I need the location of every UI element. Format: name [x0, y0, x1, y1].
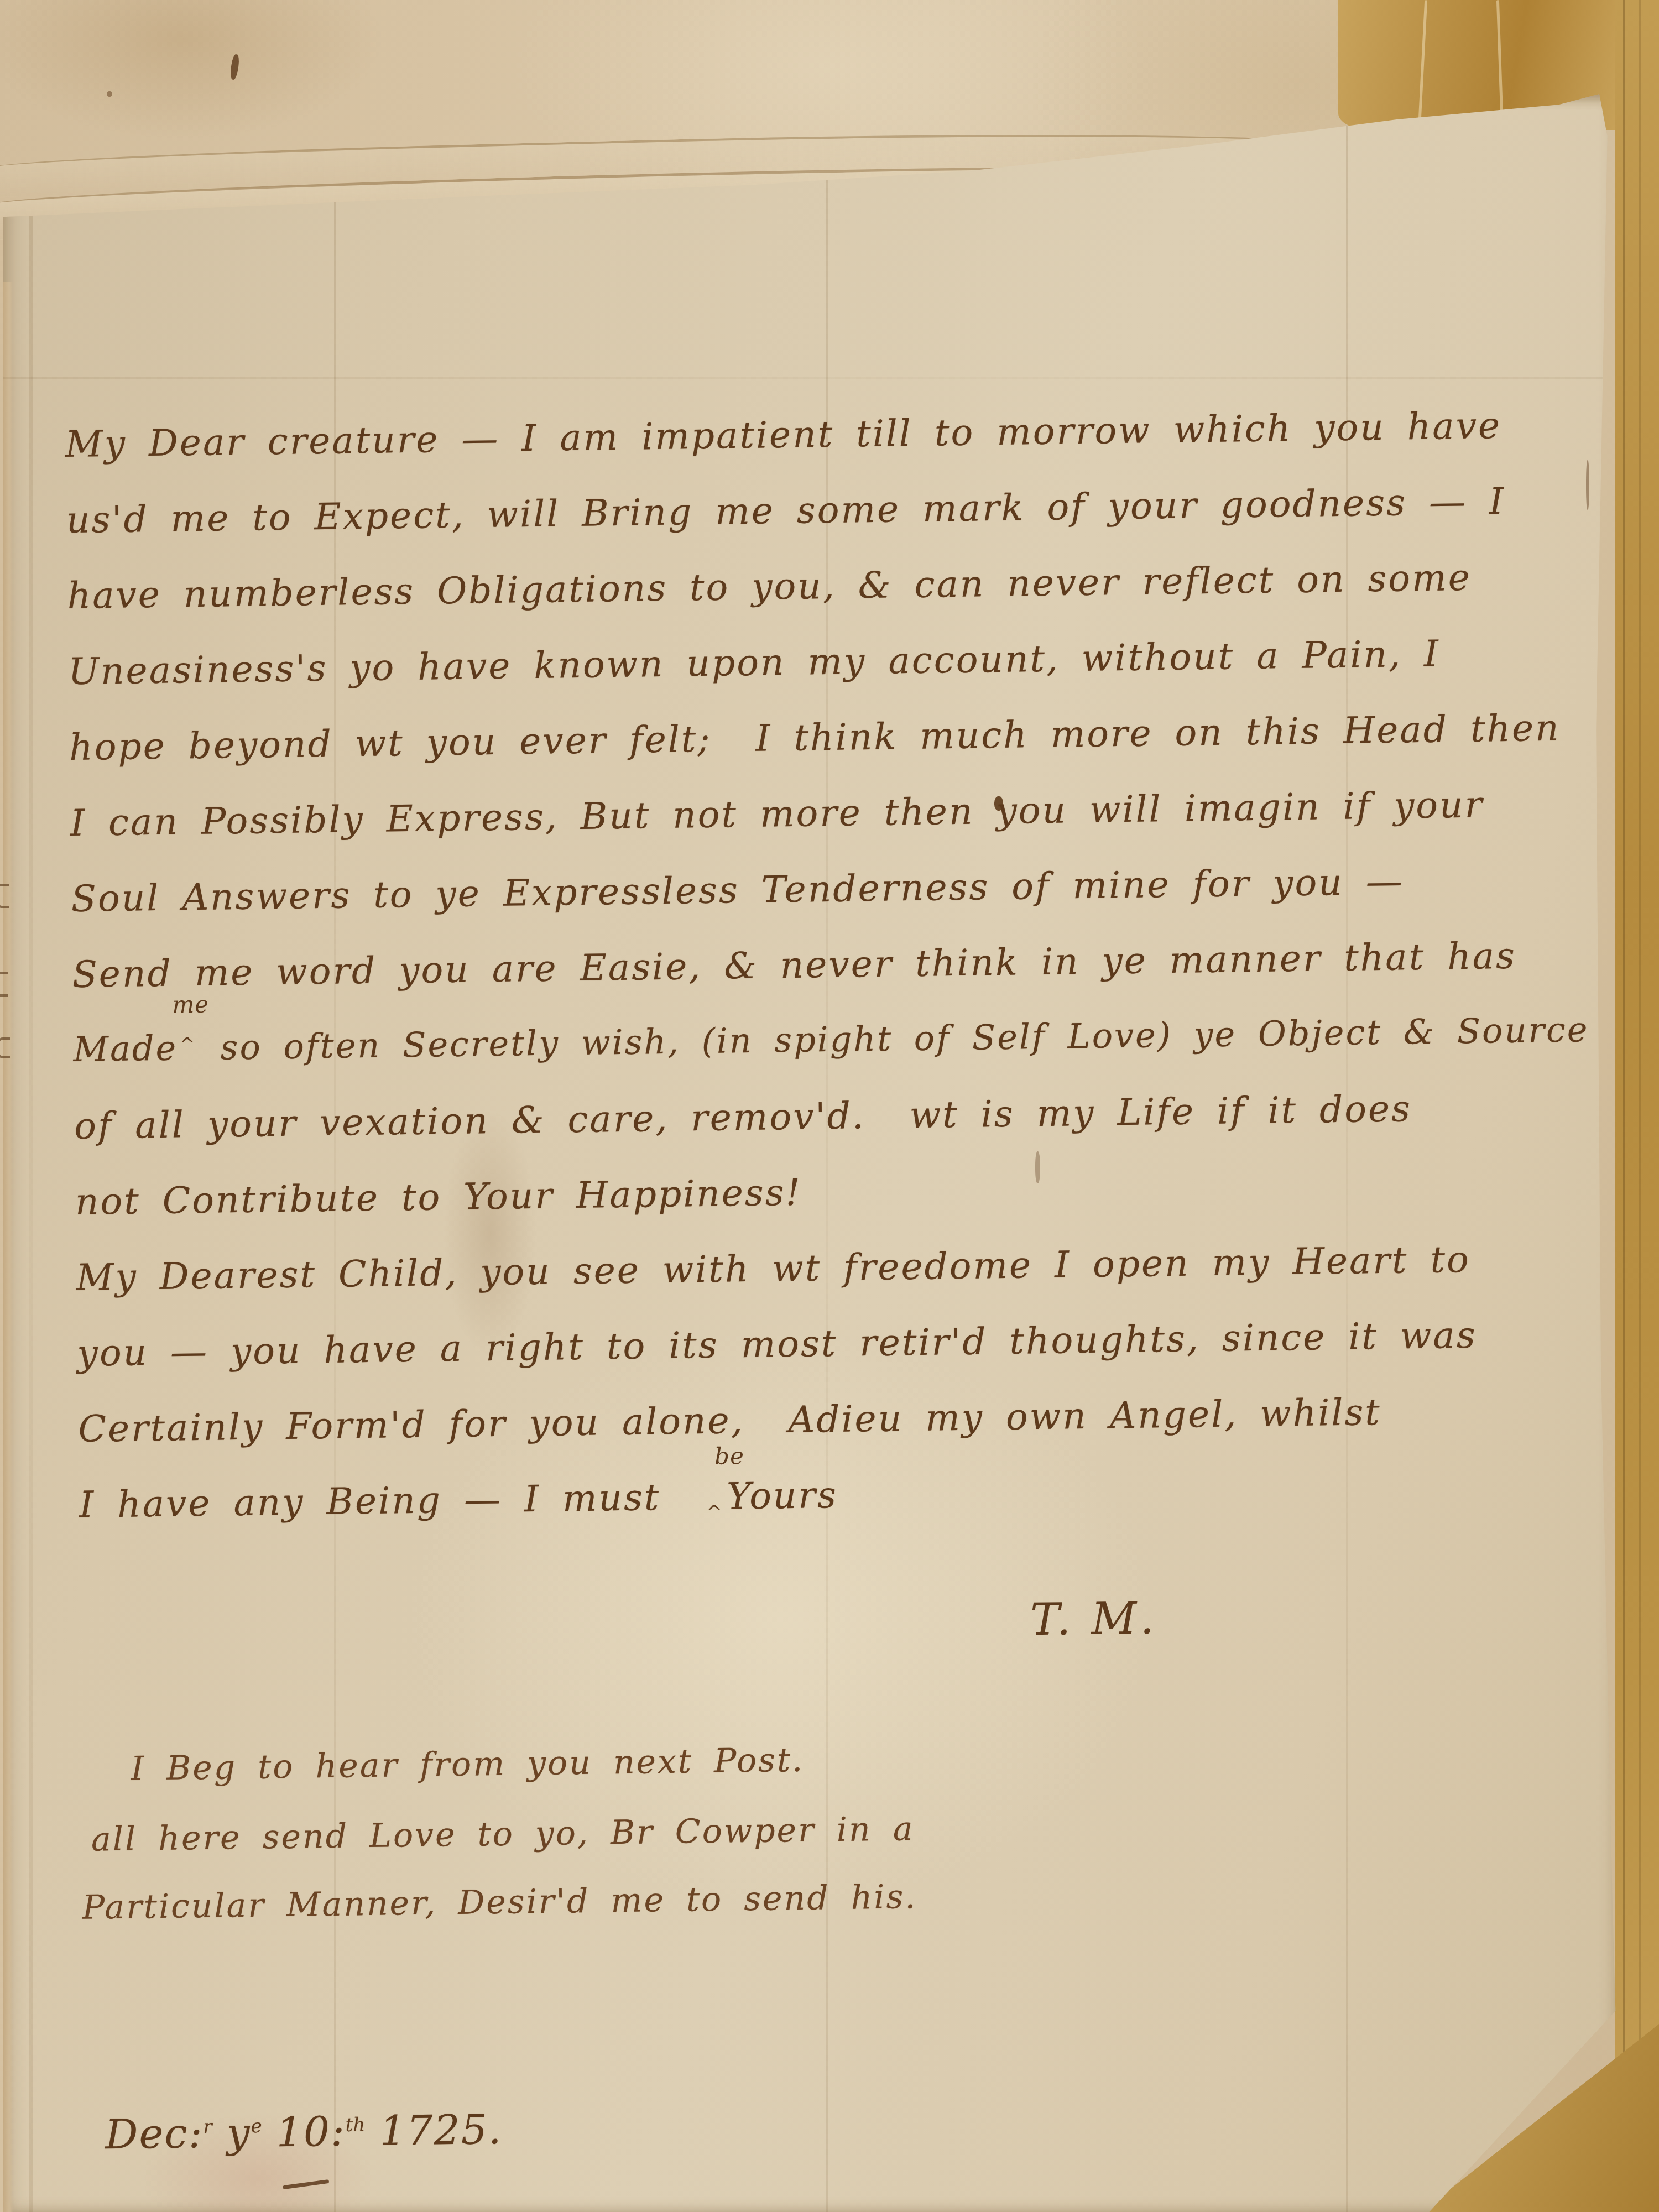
- date-flourish-underline: [283, 2179, 329, 2189]
- signature: T. M.: [1030, 1592, 1157, 1645]
- letter-text: My Dear creature — I am impatient till t…: [0, 0, 1659, 2212]
- date-month-superscript: r: [203, 2116, 212, 2138]
- inserted-word-be: be: [714, 1442, 744, 1470]
- letter-line-4: Uneasiness's yo have known upon my accou…: [68, 633, 1440, 693]
- letter-line-14: Certainly Form'd for you alone, Adieu my…: [78, 1391, 1381, 1451]
- letter-line-2: us'd me to Expect, will Bring me some ma…: [66, 480, 1505, 541]
- letter-line-15: I have any Being — I must Yours: [79, 1474, 838, 1526]
- date-year: 1725.: [379, 2106, 503, 2155]
- letter-photo: My Dear creature — I am impatient till t…: [0, 0, 1659, 2212]
- letter-line-5: hope beyond wt you ever felt; I think mu…: [69, 707, 1561, 769]
- insertion-caret: ^: [706, 1501, 722, 1524]
- date-line: Dec:rye10:th1725.: [105, 2106, 503, 2158]
- postscript-line-3: Particular Manner, Desir'd me to send hi…: [82, 1877, 917, 1927]
- letter-line-7: Soul Answers to ye Expressless Tendernes…: [71, 860, 1404, 920]
- date-day-superscript: th: [345, 2114, 365, 2136]
- postscript-line-1: I Beg to hear from you next Post.: [131, 1741, 805, 1788]
- inserted-word-me: me: [172, 991, 209, 1019]
- letter-line-12: My Dearest Child, you see with wt freedo…: [76, 1238, 1470, 1299]
- date-day: 10:: [276, 2108, 346, 2157]
- letter-line-10: of all your vexation & care, remov'd. wt…: [74, 1087, 1412, 1147]
- postscript-line-2: all here send Love to yo, Br Cowper in a: [91, 1809, 915, 1859]
- letter-line-6: I can Possibly Express, But not more the…: [70, 784, 1484, 844]
- insertion-caret: ^: [179, 1034, 195, 1056]
- letter-line-8: Send me word you are Easie, & never thin…: [72, 935, 1516, 996]
- letter-line-13: you — you have a right to its most retir…: [77, 1314, 1477, 1375]
- date-article-superscript: e: [251, 2115, 262, 2137]
- letter-line-11: not Contribute to Your Happiness!: [75, 1171, 802, 1223]
- letter-line-1: My Dear creature — I am impatient till t…: [65, 404, 1502, 466]
- letter-line-9: Made so often Secretly wish, (in spight …: [73, 1009, 1589, 1070]
- date-article: y: [226, 2109, 251, 2157]
- date-month: Dec:: [105, 2110, 204, 2158]
- letter-line-3: have numberless Obligations to you, & ca…: [67, 556, 1472, 617]
